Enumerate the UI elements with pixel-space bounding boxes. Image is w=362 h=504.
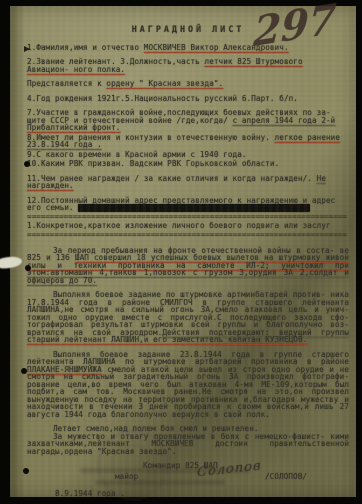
field-award-value: ордену " Красная звезда".: [106, 79, 223, 88]
document-paper: 297 НАГРАДНОЙ ЛИСТ 1.Фамилия,имя и отчес…: [10, 6, 356, 497]
field-drafted-by: 10.Каким РВК призван. Вадским РВК Горько…: [27, 160, 349, 168]
feat-paragraph-2: Выполняя боевое задание по штурмовке арт…: [27, 291, 349, 344]
document-content: НАГРАДНОЙ ЛИСТ 1.Фамилия,имя и отчество …: [27, 26, 349, 497]
field-award: Представляется к ордену " Красная звезда…: [27, 80, 349, 88]
paper-left-edge-shadow: [10, 6, 23, 497]
faint-stamp-text-line: [95, 480, 225, 485]
punch-hole: [25, 265, 31, 271]
feat-paragraph-3: Выполняя боевое задание 23.8.1944 года в…: [27, 351, 349, 419]
round-stamp: [98, 430, 168, 500]
field-rank-position: 2.Звание лейтенант. 3.Должность,часть ле…: [27, 58, 349, 73]
ink-mark: [24, 46, 30, 52]
divider-line-top: ========================================…: [27, 214, 349, 220]
feat-p1-underlined: ШАП совершил 18 успешных боевых вылетов …: [27, 253, 349, 285]
signer-typed-name: /СОЛОПОВ/: [265, 473, 307, 481]
punch-hole: [21, 368, 27, 374]
punch-hole: [24, 161, 30, 167]
redaction-bar: [78, 204, 310, 212]
field-home-address: 12.Постоянный домашний адрес представляе…: [27, 197, 349, 213]
round-stamp-inner-ring: [112, 444, 152, 484]
punch-hole: [23, 468, 29, 474]
field-award-label: Представляется к: [27, 79, 106, 88]
document-date: 8.9.1944 года .: [55, 490, 349, 498]
field-name-label: 1.Фамилия,имя и отчество: [27, 43, 144, 52]
divider-line-bottom: ========================================…: [27, 232, 349, 238]
field-army-since: 9.С какого времени в Красной армии с 194…: [27, 151, 349, 159]
feat-section-heading: 1.Конкретное,краткое изложение личного б…: [27, 222, 349, 230]
field-war-participation: 7.Участие в гражданской войне,последующи…: [27, 109, 349, 132]
faint-stamp-text-line: [80, 468, 250, 473]
feat-paragraph-1: За период пребывания на фронте отечестве…: [27, 247, 349, 285]
field-previous-awards: 11.Чем ранее награжден / за какие отличи…: [27, 175, 349, 190]
field-birth-nationality-party: 4.Год рождения 1921г.5.Национальность ру…: [27, 95, 349, 103]
feat-paragraph-5: За мужество и отвагу проявленные в боях …: [27, 433, 349, 456]
feat-p3-part2: смелой атакой цели вывел из строя одно о…: [27, 365, 349, 419]
scanned-award-document: { "page": { "sheet_number": "297", "titl…: [0, 0, 362, 504]
field-wounds: 8.Имеет ли ранения и контузии в отечеств…: [27, 134, 349, 149]
